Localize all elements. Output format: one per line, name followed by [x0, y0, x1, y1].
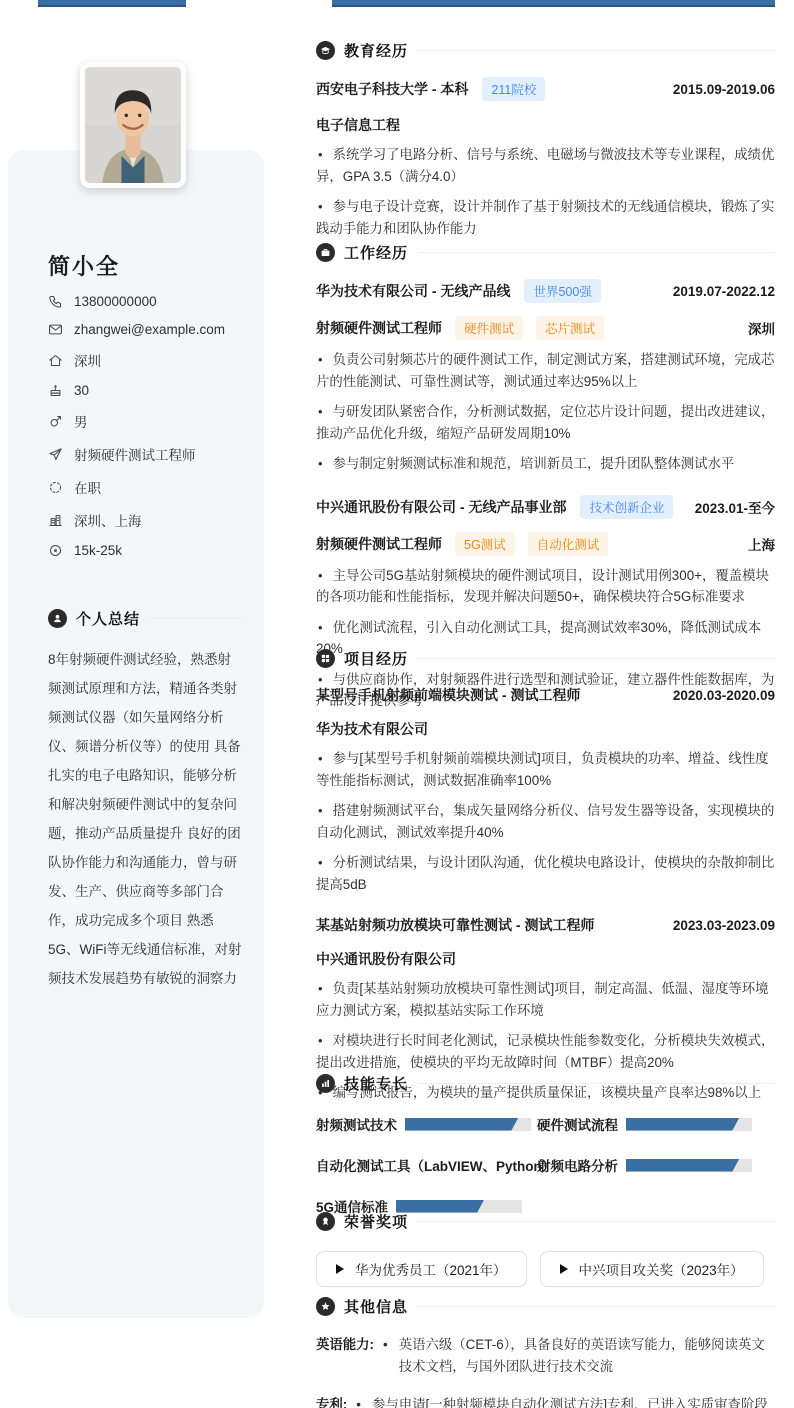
- contact-item: 男: [48, 411, 253, 431]
- honor-text: 华为优秀员工（2021年）: [355, 1259, 507, 1279]
- section-title: 其他信息: [344, 1296, 408, 1317]
- entry-date: 2023.03-2023.09: [673, 918, 775, 933]
- entry-title: 某型号手机射频前端模块测试 - 测试工程师: [316, 685, 580, 705]
- age-icon: [48, 383, 63, 398]
- entry-title: 西安电子科技大学 - 本科: [316, 79, 468, 99]
- contact-text: 深圳、上海: [74, 510, 142, 530]
- entry-tag: 硬件测试: [455, 316, 523, 340]
- section-education: 教育经历 西安电子科技大学 - 本科211院校2015.09-2019.06电子…: [316, 40, 775, 239]
- honor-pill: 中兴项目攻关奖（2023年）: [540, 1251, 764, 1287]
- bullet-dot: •: [318, 751, 323, 766]
- bullet-item: •参与制定射频测试标准和规范，培训新员工，提升团队整体测试水平: [316, 453, 775, 475]
- contact-item: 15k-25k: [48, 543, 253, 558]
- resume-entry: 华为技术有限公司 - 无线产品线世界500强2019.07-2022.12射频硬…: [316, 279, 775, 475]
- bullet-dot: •: [318, 568, 323, 583]
- entry-subheader: 射频硬件测试工程师硬件测试芯片测试深圳: [316, 316, 775, 340]
- other-info-item: 专利:•参与申请[一种射频模块自动化测试方法]专利，已进入实质审查阶段: [316, 1394, 775, 1408]
- section-title: 个人总结: [76, 608, 140, 629]
- triangle-icon: [560, 1264, 568, 1274]
- skill-item: 自动化测试工具（LabVIEW、Python）: [316, 1155, 537, 1175]
- phone-icon: [48, 294, 63, 309]
- contact-text: 深圳: [74, 350, 101, 370]
- briefcase-icon: [316, 243, 335, 262]
- other-text: 英语六级（CET-6），具备良好的英语读写能力，能够阅读英文技术文档，与国外团队…: [399, 1334, 775, 1377]
- entry-badge: 技术创新企业: [580, 495, 673, 519]
- entry-header: 西安电子科技大学 - 本科211院校2015.09-2019.06: [316, 77, 775, 101]
- summary-text: 8年射频硬件测试经验，熟悉射频测试原理和方法，精通各类射频测试仪器（如矢量网络分…: [48, 645, 242, 993]
- home-icon: [48, 353, 63, 368]
- bullet-dot: •: [318, 352, 323, 367]
- skill-item: 射频电路分析: [537, 1155, 775, 1175]
- contact-item: 深圳、上海: [48, 510, 253, 530]
- status-icon: [48, 480, 63, 495]
- section-title: 项目经历: [344, 648, 408, 669]
- contact-text: 射频硬件测试工程师: [74, 444, 196, 464]
- entry-subtitle: 中兴通讯股份有限公司: [316, 949, 775, 969]
- bullet-dot: •: [356, 1394, 361, 1408]
- contact-item: 30: [48, 383, 253, 398]
- send-icon: [48, 447, 63, 462]
- bullet-item: •负责[某基站射频功放模块可靠性测试]项目，制定高温、低温、湿度等环境应力测试方…: [316, 978, 775, 1021]
- candidate-name: 简小全: [48, 250, 120, 281]
- entry-location: 上海: [748, 534, 775, 554]
- section-divider: [150, 618, 242, 619]
- contact-item: zhangwei@example.com: [48, 322, 253, 337]
- section-other: 其他信息 英语能力:•英语六级（CET-6），具备良好的英语读写能力，能够阅读英…: [316, 1296, 775, 1408]
- entry-subtitle: 电子信息工程: [316, 115, 775, 135]
- bullet-item: •参与[某型号手机射频前端模块测试]项目，负责模块的功率、增益、线性度等性能指标…: [316, 748, 775, 791]
- entry-role: 射频硬件测试工程师: [316, 318, 442, 338]
- bullet-dot: •: [318, 147, 323, 162]
- section-divider: [418, 658, 775, 659]
- bullet-dot: •: [318, 456, 323, 471]
- bullet-item: •参与电子设计竞赛，设计并制作了基于射频技术的无线通信模块，锻炼了实践动手能力和…: [316, 196, 775, 239]
- bullet-dot: •: [383, 1334, 388, 1356]
- bullet-item: •系统学习了电路分析、信号与系统、电磁场与微波技术等专业课程，成绩优异，GPA …: [316, 144, 775, 187]
- gender-icon: [48, 414, 63, 429]
- bullet-dot: •: [318, 404, 323, 419]
- entry-header: 中兴通讯股份有限公司 - 无线产品事业部技术创新企业2023.01-至今: [316, 495, 775, 519]
- section-divider: [418, 252, 775, 253]
- entry-header: 华为技术有限公司 - 无线产品线世界500强2019.07-2022.12: [316, 279, 775, 303]
- bullet-item: •主导公司5G基站射频模块的硬件测试项目，设计测试用例300+，覆盖模块的各项功…: [316, 565, 775, 608]
- bullet-item: •分析测试结果，与设计团队沟通，优化模块电路设计，使模块的杂散抑制比提高5dB: [316, 852, 775, 895]
- skill-label: 自动化测试工具（LabVIEW、Python）: [316, 1155, 555, 1175]
- top-accent-bar-left: [38, 0, 186, 7]
- star-icon: [316, 1297, 335, 1316]
- triangle-icon: [336, 1264, 344, 1274]
- contact-text: 在职: [74, 477, 101, 497]
- skill-item: 硬件测试流程: [537, 1114, 775, 1134]
- bullet-dot: •: [318, 199, 323, 214]
- salary-icon: [48, 543, 63, 558]
- contact-item: 射频硬件测试工程师: [48, 444, 253, 464]
- entry-subtitle: 华为技术有限公司: [316, 719, 775, 739]
- bullet-dot: •: [318, 803, 323, 818]
- section-title: 荣誉奖项: [344, 1211, 408, 1232]
- contact-text: 男: [74, 411, 88, 431]
- other-info-item: 英语能力:•英语六级（CET-6），具备良好的英语读写能力，能够阅读英文技术文档…: [316, 1334, 775, 1377]
- section-divider: [418, 1083, 775, 1084]
- skill-bar-track: [626, 1159, 752, 1172]
- honor-text: 中兴项目攻关奖（2023年）: [579, 1259, 744, 1279]
- contact-item: 在职: [48, 477, 253, 497]
- entry-title: 华为技术有限公司 - 无线产品线: [316, 281, 510, 301]
- skill-bar-fill: [626, 1159, 739, 1172]
- section-divider: [418, 1221, 775, 1222]
- bullet-dot: •: [318, 1033, 323, 1048]
- section-honors: 荣誉奖项 华为优秀员工（2021年）中兴项目攻关奖（2023年）: [316, 1211, 775, 1287]
- section-summary: 个人总结 8年射频硬件测试经验，熟悉射频测试原理和方法，精通各类射频测试仪器（如…: [48, 608, 242, 993]
- entry-header: 某型号手机射频前端模块测试 - 测试工程师2020.03-2020.09: [316, 685, 775, 705]
- entry-tag: 自动化测试: [528, 532, 609, 556]
- contact-item: 深圳: [48, 350, 253, 370]
- resume-entry: 某型号手机射频前端模块测试 - 测试工程师2020.03-2020.09华为技术…: [316, 685, 775, 895]
- bullet-item: •对模块进行长时间老化测试，记录模块性能参数变化，分析模块失效模式，提出改进措施…: [316, 1030, 775, 1073]
- profile-photo: [80, 62, 186, 188]
- person-icon: [48, 609, 67, 628]
- entry-badge: 世界500强: [524, 279, 600, 303]
- entry-date: 2020.03-2020.09: [673, 688, 775, 703]
- entry-title: 中兴通讯股份有限公司 - 无线产品事业部: [316, 497, 566, 517]
- entry-bullets: •负责公司射频芯片的硬件测试工作，制定测试方案，搭建测试环境，完成芯片的性能测试…: [316, 349, 775, 475]
- entry-badge: 211院校: [482, 77, 545, 101]
- entry-role: 射频硬件测试工程师: [316, 534, 442, 554]
- contact-text: 13800000000: [74, 294, 157, 309]
- entry-bullets: •参与[某型号手机射频前端模块测试]项目，负责模块的功率、增益、线性度等性能指标…: [316, 748, 775, 895]
- skill-bar-fill: [626, 1118, 739, 1131]
- graduation-cap-icon: [316, 41, 335, 60]
- entry-bullets: •系统学习了电路分析、信号与系统、电磁场与微波技术等专业课程，成绩优异，GPA …: [316, 144, 775, 239]
- section-title: 工作经历: [344, 242, 408, 263]
- skill-item: 射频测试技术: [316, 1114, 537, 1134]
- skill-label: 射频电路分析: [537, 1155, 618, 1175]
- bullet-dot: •: [318, 620, 323, 635]
- grid-icon: [316, 649, 335, 668]
- entry-date: 2023.01-至今: [695, 497, 775, 517]
- contact-item: 13800000000: [48, 294, 253, 309]
- entry-date: 2019.07-2022.12: [673, 284, 775, 299]
- other-label: 专利:: [316, 1394, 347, 1408]
- bullet-dot: •: [318, 981, 323, 996]
- contact-list: 13800000000zhangwei@example.com深圳30男射频硬件…: [48, 294, 253, 571]
- skill-label: 硬件测试流程: [537, 1114, 618, 1134]
- entry-location: 深圳: [748, 318, 775, 338]
- entry-title: 某基站射频功放模块可靠性测试 - 测试工程师: [316, 915, 594, 935]
- section-divider: [418, 50, 775, 51]
- contact-text: 30: [74, 383, 89, 398]
- skill-bar-track: [626, 1118, 752, 1131]
- section-skills: 技能专长 射频测试技术硬件测试流程自动化测试工具（LabVIEW、Python）…: [316, 1073, 775, 1216]
- skill-bar-track: [405, 1118, 531, 1131]
- section-work: 工作经历 华为技术有限公司 - 无线产品线世界500强2019.07-2022.…: [316, 242, 775, 712]
- skill-bar-fill: [405, 1118, 518, 1131]
- entry-date: 2015.09-2019.06: [673, 82, 775, 97]
- portrait-illustration: [85, 67, 181, 183]
- entry-subheader: 射频硬件测试工程师5G测试自动化测试上海: [316, 532, 775, 556]
- honor-pill: 华为优秀员工（2021年）: [316, 1251, 527, 1287]
- contact-text: zhangwei@example.com: [74, 322, 225, 337]
- bullet-item: •与研发团队紧密合作，分析测试数据，定位芯片设计问题，提出改进建议，推动产品优化…: [316, 401, 775, 444]
- medal-icon: [316, 1212, 335, 1231]
- entry-tag: 5G测试: [455, 532, 515, 556]
- entry-tag: 芯片测试: [536, 316, 604, 340]
- entry-header: 某基站射频功放模块可靠性测试 - 测试工程师2023.03-2023.09: [316, 915, 775, 935]
- bar-chart-icon: [316, 1074, 335, 1093]
- other-label: 英语能力:: [316, 1334, 374, 1356]
- bullet-dot: •: [318, 855, 323, 870]
- resume-entry: 西安电子科技大学 - 本科211院校2015.09-2019.06电子信息工程•…: [316, 77, 775, 239]
- skill-label: 射频测试技术: [316, 1114, 397, 1134]
- bullet-item: •负责公司射频芯片的硬件测试工作，制定测试方案，搭建测试环境，完成芯片的性能测试…: [316, 349, 775, 392]
- contact-text: 15k-25k: [74, 543, 122, 558]
- other-text: 参与申请[一种射频模块自动化测试方法]专利，已进入实质审查阶段: [372, 1394, 775, 1408]
- top-accent-bar-right: [332, 0, 775, 7]
- section-divider: [418, 1306, 775, 1307]
- city-icon: [48, 513, 63, 528]
- section-title: 教育经历: [344, 40, 408, 61]
- mail-icon: [48, 322, 63, 337]
- section-title: 技能专长: [344, 1073, 408, 1094]
- bullet-item: •搭建射频测试平台，集成矢量网络分析仪、信号发生器等设备，实现模块的自动化测试，…: [316, 800, 775, 843]
- section-projects: 项目经历 某型号手机射频前端模块测试 - 测试工程师2020.03-2020.0…: [316, 648, 775, 1104]
